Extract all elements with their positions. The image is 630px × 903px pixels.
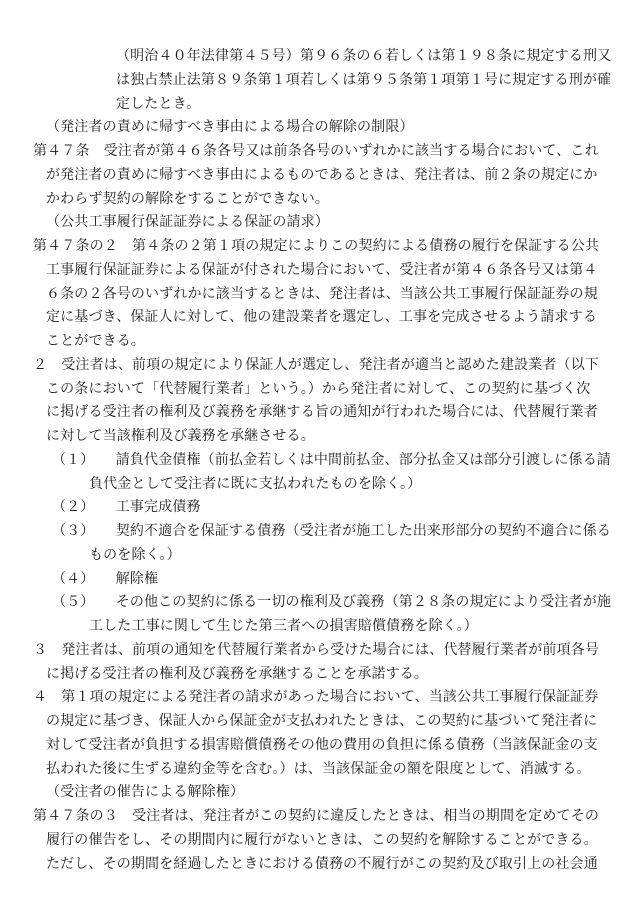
text-line: が発注者の責めに帰すべき事由によるものであるときは、発注者は、前２条の規定にか	[46, 164, 630, 188]
text-line: ただし、その期間を経過したときにおける債務の不履行がこの契約及び取引上の社会通	[46, 853, 630, 877]
text-line: 第４７条の３ 受注者は、発注者がこの契約に違反したときは、相当の期間を定めてその	[33, 805, 630, 829]
text-line: は独占禁止法第８９条第１項若しくは第９５条第１項第１号に規定する刑が確	[116, 69, 630, 93]
text-line: ２ 受注者は、前項の規定により保証人が選定し、発注者が適当と認めた建設業者（以下	[33, 354, 630, 378]
text-line: ４ 第１項の規定による発注者の請求があった場合において、当該公共工事履行保証証券	[33, 686, 630, 710]
text-line: ６条の２各号のいずれかに該当するときは、発注者は、当該公共工事履行保証証券の規	[46, 283, 630, 307]
text-line: ことができる。	[46, 330, 630, 354]
text-line: この条において「代替履行業者」という。）から発注者に対して、この契約に基づく次	[46, 378, 630, 402]
text-line: （受注者の催告による解除権）	[46, 781, 630, 805]
text-line: ３ 発注者は、前項の通知を代替履行業者から受けた場合には、代替履行業者が前項各号	[33, 639, 630, 663]
text-line: 払われた後に生ずる違約金等を含む。）は、当該保証金の額を限度として、消滅する。	[46, 758, 630, 782]
text-line: の規定に基づき、保証人から保証金が支払われたときは、この契約に基づいて発注者に	[46, 710, 630, 734]
document-body: （明治４０年法律第４５号）第９６条の６若しくは第１９８条に規定する刑又は独占禁止…	[0, 0, 630, 876]
text-line: （発注者の責めに帰すべき事由による場合の解除の制限）	[46, 116, 630, 140]
text-line: （公共工事履行保証証券による保証の請求）	[46, 211, 630, 235]
text-line: 工した工事に関して生じた第三者への損害賠償債務を除く。）	[89, 615, 630, 639]
text-line: に掲げる受注者の権利及び義務を承継することを承諾する。	[46, 663, 630, 687]
text-line: （２） 工事完成債務	[52, 496, 630, 520]
text-line: かわらず契約の解除をすることができない。	[46, 188, 630, 212]
text-line: （３） 契約不適合を保証する債務（受注者が施工した出来形部分の契約不適合に係る	[52, 520, 630, 544]
document-page: （明治４０年法律第４５号）第９６条の６若しくは第１９８条に規定する刑又は独占禁止…	[0, 0, 630, 903]
text-line: （４） 解除権	[52, 568, 630, 592]
text-line: 定に基づき、保証人に対して、他の建設業者を選定し、工事を完成させるよう請求する	[46, 306, 630, 330]
text-line: ものを除く。）	[89, 544, 630, 568]
text-line: 第４７条の２ 第４条の２第１項の規定によりこの契約による債務の履行を保証する公共	[33, 235, 630, 259]
text-line: に掲げる受注者の権利及び義務を承継する旨の通知が行われた場合には、代替履行業者	[46, 401, 630, 425]
text-line: に対して当該権利及び義務を承継させる。	[46, 425, 630, 449]
text-line: （明治４０年法律第４５号）第９６条の６若しくは第１９８条に規定する刑又	[116, 45, 630, 69]
text-line: 第４７条 受注者が第４６条各号又は前条各号のいずれかに該当する場合において、これ	[33, 140, 630, 164]
text-line: 定したとき。	[116, 93, 630, 117]
text-line: 履行の催告をし、その期間内に履行がないときは、この契約を解除することができる。	[46, 829, 630, 853]
text-line: 対して受注者が負担する損害賠償債務その他の費用の負担に係る債務（当該保証金の支	[46, 734, 630, 758]
text-line: 工事履行保証証券による保証が付された場合において、受注者が第４６条各号又は第４	[46, 259, 630, 283]
text-line: （１） 請負代金債権（前払金若しくは中間前払金、部分払金又は部分引渡しに係る請	[52, 449, 630, 473]
text-line: 負代金として受注者に既に支払われたものを除く。）	[89, 473, 630, 497]
text-line: （５） その他この契約に係る一切の権利及び義務（第２８条の規定により受注者が施	[52, 591, 630, 615]
